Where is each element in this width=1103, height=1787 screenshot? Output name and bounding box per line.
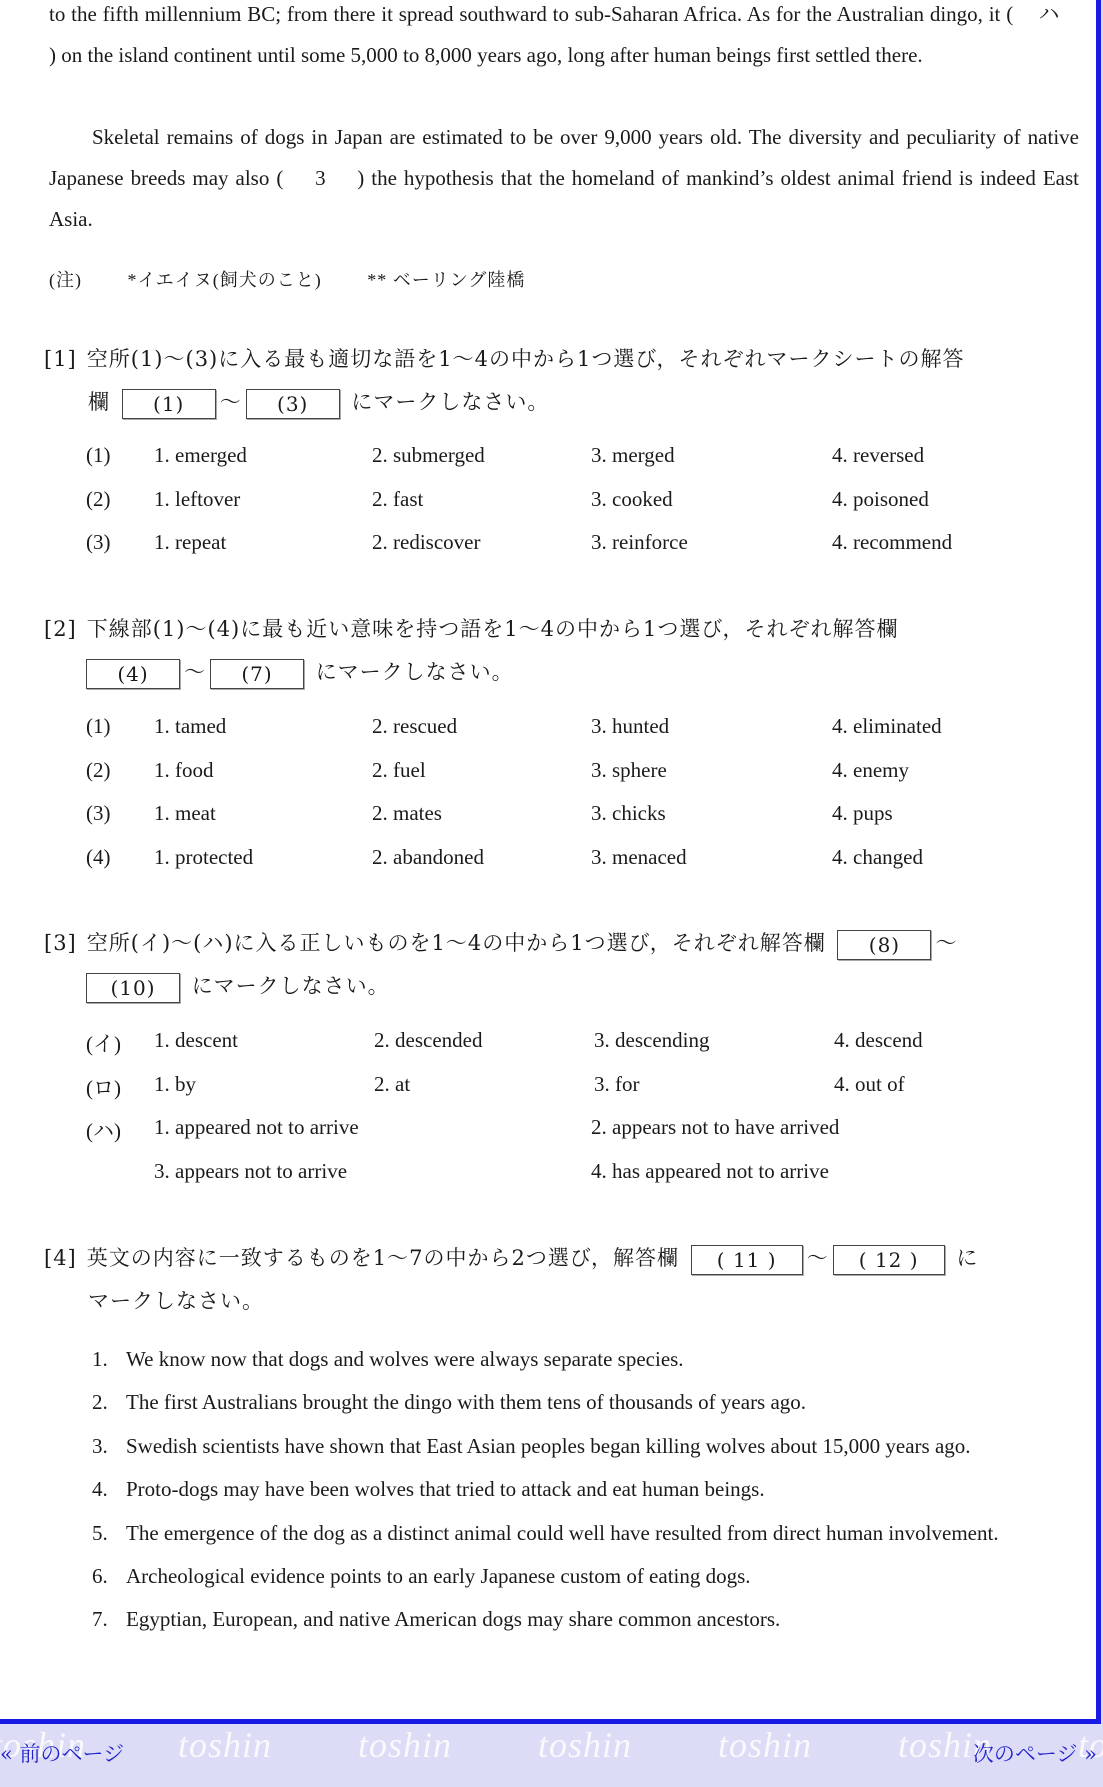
option: 1. leftover [154, 487, 240, 512]
question-2-instruction: [2]下線部(1)～(4)に最も近い意味を持つ語を1～4の中から1つ選び，それぞ… [44, 608, 1084, 694]
item-label: (ロ) [86, 1072, 121, 1102]
option: 2. appears not to have arrived [591, 1115, 839, 1140]
instruction-text: にマークしなさい。 [192, 974, 390, 998]
exam-page: to the fifth millennium BC; from there i… [0, 0, 1101, 1724]
next-page-link[interactable]: 次のページ » [973, 1738, 1097, 1768]
statement-text: The emergence of the dog as a distinct a… [126, 1512, 1082, 1555]
statement-item: 3.Swedish scientists have shown that Eas… [92, 1425, 1082, 1468]
footnotes: (注) *イエイヌ(飼犬のこと) ** ベーリング陸橋 [49, 266, 565, 292]
statement-item: 1.We know now that dogs and wolves were … [92, 1338, 1082, 1381]
statement-text: Proto-dogs may have been wolves that tri… [126, 1468, 1082, 1511]
statement-item: 2.The first Australians brought the ding… [92, 1381, 1082, 1424]
tilde: ～ [220, 390, 242, 414]
statement-item: 7.Egyptian, European, and native America… [92, 1598, 1082, 1641]
statement-number: 5. [92, 1512, 126, 1555]
option: 3. appears not to arrive [154, 1159, 347, 1184]
option: 3. descending [594, 1028, 709, 1053]
note-1: *イエイヌ(飼犬のこと) [128, 270, 322, 290]
statement-number: 2. [92, 1381, 126, 1424]
statement-text: Egyptian, European, and native American … [126, 1598, 1082, 1641]
passage-text: after human beings first settled there. [610, 43, 923, 67]
option: 3. menaced [591, 845, 687, 870]
option: 1. emerged [154, 443, 247, 468]
item-label: (ハ) [86, 1115, 121, 1145]
option: 2. rescued [372, 714, 457, 739]
option: 4. reversed [832, 443, 924, 468]
option: 3. cooked [591, 487, 673, 512]
watermark: toshin [358, 1724, 452, 1766]
statement-number: 1. [92, 1338, 126, 1381]
answer-box: (7) [210, 659, 304, 689]
instruction-text: 空所(1)～(3)に入る最も適切な語を1～4の中から1つ選び，それぞれマークシー… [87, 347, 965, 371]
item-label: (1) [86, 443, 111, 468]
tilde: ～ [184, 660, 206, 684]
option: 3. sphere [591, 758, 667, 783]
option: 4. recommend [832, 530, 952, 555]
item-label: (3) [86, 801, 111, 826]
option: 2. descended [374, 1028, 482, 1053]
option: 4. poisoned [832, 487, 929, 512]
answer-box: (1) [122, 389, 216, 419]
option: 1. descent [154, 1028, 238, 1053]
answer-box: (10) [86, 973, 180, 1003]
option: 4. changed [832, 845, 923, 870]
answer-box: (3) [246, 389, 340, 419]
option: 1. by [154, 1072, 196, 1097]
option: 2. rediscover [372, 530, 480, 555]
note-2: ** ベーリング陸橋 [367, 270, 525, 290]
item-label: (2) [86, 487, 111, 512]
option: 1. appeared not to arrive [154, 1115, 359, 1140]
statement-number: 6. [92, 1555, 126, 1598]
passage-paragraph-1: to the fifth millennium BC; from there i… [49, 0, 1079, 76]
option: 2. at [374, 1072, 410, 1097]
statement-text: We know now that dogs and wolves were al… [126, 1338, 1082, 1381]
option: 1. repeat [154, 530, 226, 555]
statement-item: 5.The emergence of the dog as a distinct… [92, 1512, 1082, 1555]
statement-text: Archeological evidence points to an earl… [126, 1555, 1082, 1598]
option: 1. food [154, 758, 214, 783]
option: 4. descend [834, 1028, 923, 1053]
passage-text: Australian dingo, it ( [837, 2, 1014, 26]
statement-text: The first Australians brought the dingo … [126, 1381, 1082, 1424]
instruction-text: にマークしなさい。 [316, 660, 514, 684]
item-label: (2) [86, 758, 111, 783]
statement-number: 7. [92, 1598, 126, 1641]
answer-box: (8) [837, 930, 931, 960]
blank-3: 3 [290, 158, 350, 199]
option: 2. fast [372, 487, 423, 512]
statement-item: 4.Proto-dogs may have been wolves that t… [92, 1468, 1082, 1511]
option: 3. hunted [591, 714, 669, 739]
page-footer: toshin toshin toshin toshin toshin toshi… [0, 1724, 1103, 1787]
option: 2. fuel [372, 758, 426, 783]
item-label: (4) [86, 845, 111, 870]
item-label: (イ) [86, 1028, 121, 1058]
option: 4. out of [834, 1072, 905, 1097]
question-number: [1] [44, 347, 77, 371]
passage-text: ) on the island continent until some 5,0… [49, 43, 605, 67]
item-label: (1) [86, 714, 111, 739]
option: 3. merged [591, 443, 675, 468]
instruction-text: 欄 [88, 390, 110, 414]
question-4-instruction: [4]英文の内容に一致するものを1～7の中から2つ選び，解答欄 ( 11 )～(… [44, 1237, 1084, 1323]
instruction-text: 下線部(1)～(4)に最も近い意味を持つ語を1～4の中から1つ選び，それぞれ解答… [87, 617, 899, 641]
question-1-instruction: [1]空所(1)～(3)に入る最も適切な語を1～4の中から1つ選び，それぞれマー… [44, 338, 1084, 424]
watermark: toshin [178, 1724, 272, 1766]
passage-paragraph-2: Skeletal remains of dogs in Japan are es… [49, 117, 1079, 240]
statement-number: 3. [92, 1425, 126, 1468]
answer-box: ( 11 ) [691, 1245, 803, 1275]
previous-page-link[interactable]: « 前のページ [0, 1738, 124, 1768]
instruction-text: にマークしなさい。 [351, 390, 549, 414]
option: 1. tamed [154, 714, 226, 739]
option: 1. protected [154, 845, 253, 870]
watermark: toshin [538, 1724, 632, 1766]
option: 4. eliminated [832, 714, 942, 739]
question-number: [3] [44, 931, 77, 955]
watermark: toshin [718, 1724, 812, 1766]
option: 3. reinforce [591, 530, 688, 555]
note-label: (注) [49, 270, 82, 290]
answer-box: ( 12 ) [833, 1245, 945, 1275]
item-label: (3) [86, 530, 111, 555]
instruction-text: マークしなさい。 [88, 1289, 264, 1313]
option: 3. for [594, 1072, 640, 1097]
option: 2. mates [372, 801, 442, 826]
instruction-text: 空所(イ)～(ハ)に入る正しいものを1～4の中から1つ選び，それぞれ解答欄 [87, 931, 826, 955]
statement-text: Swedish scientists have shown that East … [126, 1425, 1082, 1468]
option: 3. chicks [591, 801, 666, 826]
option: 2. submerged [372, 443, 485, 468]
question-4-statements: 1.We know now that dogs and wolves were … [92, 1338, 1082, 1642]
passage-text: to the fifth millennium BC; from there i… [49, 2, 832, 26]
tilde: ～ [807, 1246, 829, 1270]
statement-number: 4. [92, 1468, 126, 1511]
instruction-text: に [956, 1246, 978, 1270]
tilde: ～ [935, 931, 957, 955]
option: 4. pups [832, 801, 893, 826]
option: 4. has appeared not to arrive [591, 1159, 829, 1184]
question-number: [2] [44, 617, 77, 641]
question-3-instruction: [3]空所(イ)～(ハ)に入る正しいものを1～4の中から1つ選び，それぞれ解答欄… [44, 922, 1084, 1008]
blank-ha: ハ [1019, 0, 1079, 35]
answer-box: (4) [86, 659, 180, 689]
option: 1. meat [154, 801, 216, 826]
statement-item: 6.Archeological evidence points to an ea… [92, 1555, 1082, 1598]
option: 4. enemy [832, 758, 909, 783]
option: 2. abandoned [372, 845, 484, 870]
instruction-text: 英文の内容に一致するものを1～7の中から2つ選び，解答欄 [87, 1246, 679, 1270]
question-number: [4] [44, 1246, 77, 1270]
